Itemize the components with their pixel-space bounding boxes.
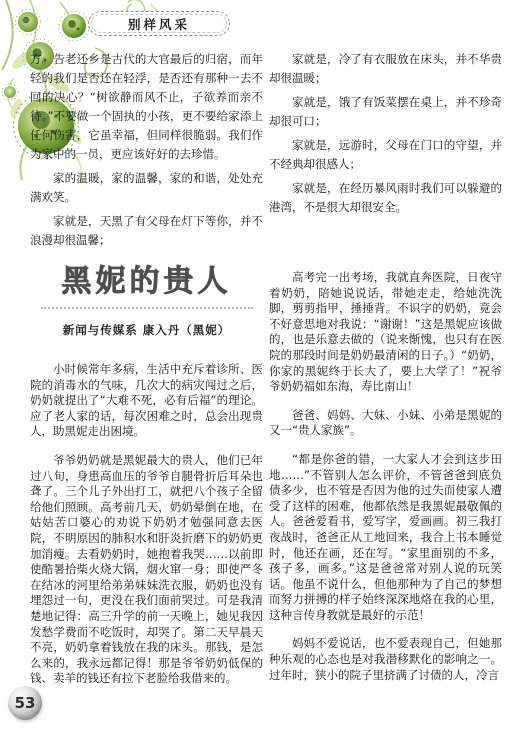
paragraph: 方。告老还乡是古代的大官最后的归宿，而年轻的我们是否还在轻浮，是否还有那种一去不… [30,50,263,164]
article-right-column: 高考完一出考场，我就直奔医院，日夜守着奶奶，陪她说说话，带她走走，给她洗洗脚，剪… [269,270,502,696]
section-header-label: 别样风采 [128,15,190,33]
flower-bloom-small [16,10,41,35]
paragraph: 家就是，在经历暴风雨时我们可以躲避的港湾，不是很大却很安全。 [269,179,502,217]
paragraph: 家就是，饿了有饭菜摆在桌上，并不珍奇却很可口； [269,93,502,131]
article-byline: 新闻与传媒系 康入丹（黑妮） [30,322,263,338]
paragraph: 妈妈不爱说话，也不爱表现自己，但她那种乐观的心态也是对我潜移默化的影响之一。过年… [269,636,502,683]
flower-bloom-header [59,11,89,41]
article-title-block: 黑妮的贵人 新闻与传媒系 康入丹（黑妮） [30,256,263,338]
prev-article-right-column: 家就是，冷了有衣服放在床头，并不华贵却很温暖； 家就是，饿了有饭菜摆在桌上，并不… [269,50,502,222]
paragraph: “都是你爸的错，一大家人才会到这步田地……”不管别人怎么评价，不管爸爸到底负债多… [269,452,502,624]
paragraph: 高考完一出考场，我就直奔医院，日夜守着奶奶，陪她说说话，带她走走，给她洗洗脚，剪… [269,270,502,395]
article-left-column: 小时候常年多病，生活中充斥着诊所、医院的消毒水的气味，几次大的病灾闯过之后，奶奶… [30,362,263,700]
paragraph: 小时候常年多病，生活中充斥着诊所、医院的消毒水的气味，几次大的病灾闯过之后，奶奶… [30,362,263,440]
paragraph: 爸爸、妈妈、大妹、小妹、小弟是黑妮的又一“贵人家族”。 [269,408,502,439]
magazine-page: 别样风采 方。告老还乡是古代的大官最后的归宿，而年轻的我们是否还在轻浮，是否还有… [0,0,524,737]
article-title: 黑妮的贵人 [30,256,263,300]
paragraph: 爷爷奶奶就是黑妮最大的贵人，他们已年过八旬，身患高血压的爷爷自腿骨折后耳朵也聋了… [30,453,263,687]
title-dotted-divider [41,307,253,309]
flower-bud-tiny [2,84,18,100]
paragraph: 家就是，天黑了有父母在灯下等你，并不浪漫却很温馨； [30,212,263,250]
section-header-tab: 别样风采 [88,11,230,36]
prev-article-left-column: 方。告老还乡是古代的大官最后的归宿，而年轻的我们是否还在轻浮，是否还有那种一去不… [30,50,263,255]
page-number: 53 [15,694,36,712]
paragraph: 家就是，远游时，父母在门口的守望，并不经典却很感人； [269,136,502,174]
page-number-badge: 53 [8,686,42,720]
paragraph: 家就是，冷了有衣服放在床头，并不华贵却很温暖； [269,50,502,88]
paragraph: 家的温暖，家的温馨，家的和谐，处处充满欢笑。 [30,169,263,207]
